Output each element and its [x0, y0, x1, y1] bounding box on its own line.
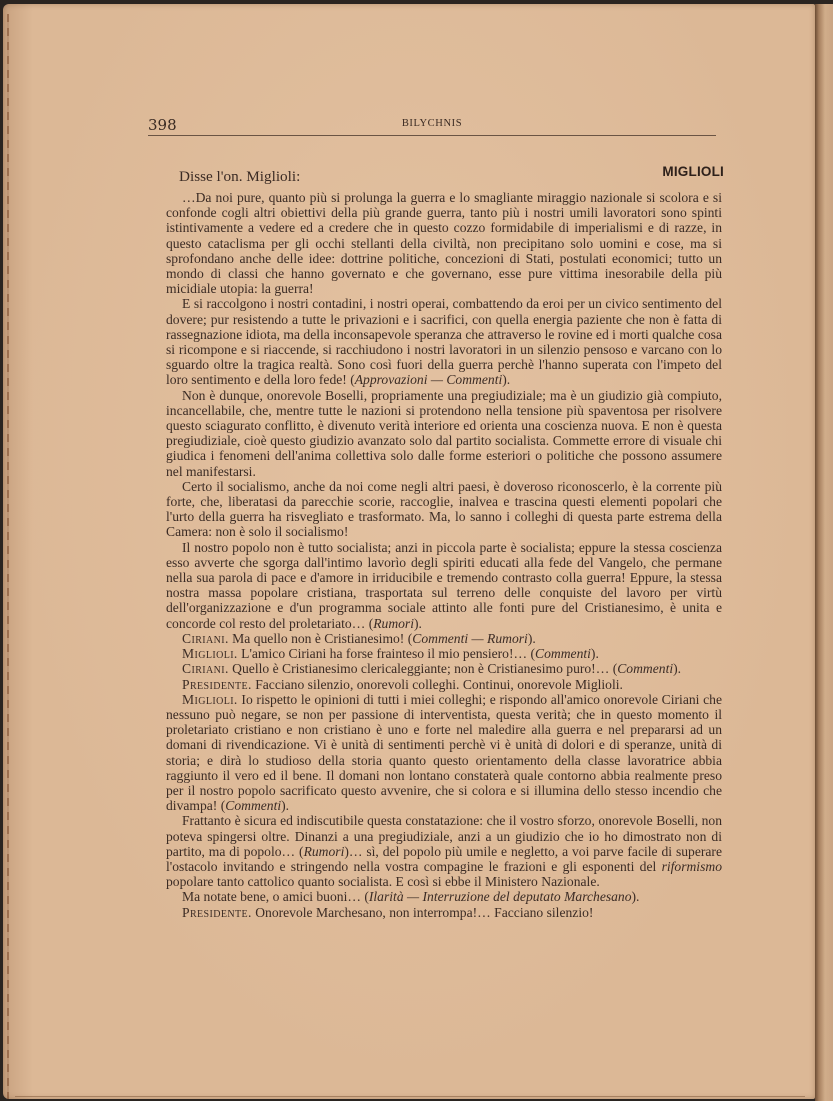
- paragraph-text: Io rispetto le opinioni di tutti i miei …: [166, 692, 722, 813]
- speaker-name: Ciriani.: [182, 631, 229, 646]
- paragraph: Certo il socialismo, anche da noi come n…: [166, 479, 722, 540]
- paragraph-text: …Da noi pure, quanto più si prolunga la …: [166, 190, 722, 296]
- speech-intro: Disse l'on. Miglioli:: [179, 169, 300, 184]
- stage-direction: Commenti — Rumori: [412, 631, 528, 646]
- scanned-page-view: 398 BILYCHNIS Disse l'on. Miglioli: MIGL…: [0, 0, 833, 1101]
- speaker-name: Miglioli.: [182, 646, 238, 661]
- speaker-name: Ciriani.: [182, 661, 229, 676]
- paragraph: Ma notate bene, o amici buoni… (Ilarità …: [166, 889, 722, 904]
- speaker-name: Miglioli.: [182, 692, 238, 707]
- paragraph: Frattanto è sicura ed indiscutibile ques…: [166, 813, 722, 889]
- paragraph-text: Quello è Cristianesimo clericaleggiante;…: [229, 661, 617, 676]
- paragraph-text: Ma quello non è Cristianesimo! (: [229, 631, 412, 646]
- paragraph-text: ).: [414, 616, 422, 631]
- paragraph: …Da noi pure, quanto più si prolunga la …: [166, 190, 722, 296]
- stage-direction: Rumori: [373, 616, 414, 631]
- dialogue-line: Miglioli. L'amico Ciriani ha forse frain…: [166, 646, 722, 661]
- running-header: 398 BILYCHNIS: [148, 112, 716, 134]
- running-title: BILYCHNIS: [148, 118, 716, 129]
- article-body: Disse l'on. Miglioli: MIGLIOLI …Da noi p…: [166, 160, 722, 920]
- speaker-name: Presidente.: [182, 677, 252, 692]
- paragraph-text: L'amico Ciriani ha forse frainteso il mi…: [238, 646, 535, 661]
- paragraph-text: Onorevole Marchesano, non interrompa!… F…: [252, 905, 594, 920]
- paragraph: E si raccolgono i nostri contadini, i no…: [166, 296, 722, 387]
- paragraph-text: Facciano silenzio, onorevoli colleghi. C…: [252, 677, 623, 692]
- dialogue-line: Presidente. Onorevole Marchesano, non in…: [166, 905, 722, 920]
- stage-direction: Rumori: [304, 844, 345, 859]
- dialogue-line: Miglioli. Io rispetto le opinioni di tut…: [166, 692, 722, 814]
- dialogue-line: Ciriani. Ma quello non è Cristianesimo! …: [166, 631, 722, 646]
- paragraph-text: ).: [528, 631, 536, 646]
- speaker-name: Presidente.: [182, 905, 252, 920]
- stage-direction: Commenti: [617, 661, 673, 676]
- paragraph: Il nostro popolo non è tutto socialista;…: [166, 540, 722, 631]
- paragraph-text: Certo il socialismo, anche da noi come n…: [166, 479, 722, 540]
- page-bottom-edge: [15, 1096, 805, 1097]
- stage-direction: Approvazioni — Commenti: [355, 372, 503, 387]
- paragraph-text: Ma notate bene, o amici buoni… (: [182, 889, 369, 904]
- paragraph-text: ).: [673, 661, 681, 676]
- paragraph-text: Il nostro popolo non è tutto socialista;…: [166, 540, 722, 631]
- paragraph-text: popolare tanto cattolico quanto socialis…: [166, 874, 600, 889]
- stage-direction: Ilarità — Interruzione del deputato Marc…: [369, 889, 632, 904]
- page-left-edge: [7, 14, 9, 1099]
- paragraph-text: Non è dunque, onorevole Boselli, propria…: [166, 388, 722, 479]
- paragraph-text: ).: [632, 889, 640, 904]
- paragraph-text: ).: [591, 646, 599, 661]
- paragraph: Non è dunque, onorevole Boselli, propria…: [166, 388, 722, 479]
- dialogue-line: Ciriani. Quello è Cristianesimo clerical…: [166, 661, 722, 676]
- side-title: MIGLIOLI: [662, 164, 724, 179]
- dialogue-line: Presidente. Facciano silenzio, onorevoli…: [166, 677, 722, 692]
- intro-row: Disse l'on. Miglioli: MIGLIOLI: [166, 160, 722, 186]
- stage-direction: Commenti: [225, 798, 281, 813]
- paragraph-text: ).: [281, 798, 289, 813]
- stage-direction: Commenti: [535, 646, 591, 661]
- paragraph-text: ).: [502, 372, 510, 387]
- header-rule: [148, 135, 716, 136]
- adjacent-page-edge: [815, 4, 833, 1101]
- emphasized-term: riformismo: [662, 859, 722, 874]
